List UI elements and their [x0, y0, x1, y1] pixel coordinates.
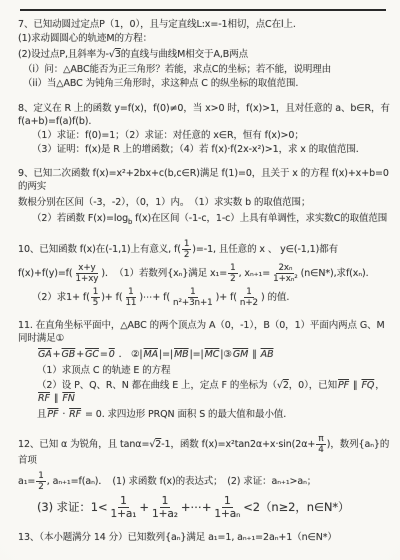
problem-7-line-3: (2)设过点P,且斜率为-√3的直线与曲线M相交于A,B两点 [18, 49, 392, 62]
problem-8: 8、定义在 R 上的函数 y=f(x)，f(0)≠0，当 x>0 时，f(x)>… [18, 103, 392, 156]
problem-10-line-2: f(x)+f(y)=f(x+y1+xy)． （1）若数列{xₙ}满足 x₁=12… [18, 263, 392, 284]
problem-12-line-2: a₁=12, aₙ₊₁=f(aₙ)． (1) 求函数 f(x)的表达式； (2)… [18, 471, 392, 492]
worksheet-page: 7、已知动圆过定点P（1，0），且与定直线L:x=-1相切，点C在l上. (1)… [0, 0, 400, 560]
problem-13: 13、（本小题满分 14 分）已知数列{aₙ}满足 a₁=1, aₙ₊₁=2aₙ… [18, 532, 392, 545]
problem-8-line-1: 8、定义在 R 上的函数 y=f(x)，f(0)≠0，当 x>0 时，f(x)>… [18, 103, 392, 129]
top-rule [20, 9, 386, 11]
problem-10-line-3: （2）求1+ f(15)+ f(111)⋯+ f(1n²+3n+1)+ f(1n… [18, 287, 392, 308]
problem-12-line-3: (3) 求证：1<11+a₁+11+a₂+⋯+11+aₙ<2（n≥2，n∈N*） [18, 495, 392, 520]
problem-8-line-2: （1）求证：f(0)=1；（2）求证：对任意的 x∈R，恒有 f(x)>0； [18, 130, 392, 143]
problem-12-line-1: 12、已知 α 为锐角，且 tanα=√2-1，函数 f(x)=x²tan2α+… [18, 434, 392, 468]
problem-9-line-1: 9、已知二次函数 f(x)=x²+2bx+c(b,c∈R)满足 f(1)=0，且… [18, 168, 392, 194]
problem-7-line-1: 7、已知动圆过定点P（1，0），且与定直线L:x=-1相切，点C在l上. [18, 19, 392, 32]
problem-10: 10、已知函数 f(x)在(-1,1)上有意义, f(12)=-1, 且任意的 … [18, 239, 392, 308]
problem-9-line-3: （2）若函数 F(x)=logb f(x)在区间（-1-c，1-c）上具有单调性… [18, 213, 392, 227]
problem-11-line-2: GA+GB+GC=0 ． ②|MA|=|MB|=|MC|③GM ∥ AB [18, 349, 392, 362]
problem-11-line-4: （2）设 P、Q、R、N 都在曲线 E 上，定点 F 的坐标为（√2，0），已知… [18, 380, 392, 406]
problem-9: 9、已知二次函数 f(x)=x²+2bx+c(b,c∈R)满足 f(1)=0，且… [18, 168, 392, 227]
problem-7-line-5: （ii）当△ABC 为钝角三角形时，求这种点 C 的纵坐标的取值范围. [18, 78, 392, 91]
problem-7-line-2: (1)求动圆圆心的轨迹M的方程： [18, 33, 392, 46]
problem-7: 7、已知动圆过定点P（1，0），且与定直线L:x=-1相切，点C在l上. (1)… [18, 19, 392, 91]
problem-11-line-5: 且PF · RF = 0. 求四边形 PRQN 面积 S 的最大值和最小值. [18, 409, 392, 422]
problem-11-line-3: （1）求顶点 C 的轨迹 E 的方程 [18, 365, 392, 378]
problem-13-line-1: 13、（本小题满分 14 分）已知数列{aₙ}满足 a₁=1, aₙ₊₁=2aₙ… [18, 532, 392, 545]
problem-12: 12、已知 α 为锐角，且 tanα=√2-1，函数 f(x)=x²tan2α+… [18, 434, 392, 520]
problem-9-line-2: 数根分别在区间（-3，-2），（0，1）内。 （1）求实数 b 的取值范围； [18, 197, 392, 210]
problem-11-line-1: 11. 在直角坐标平面中，△ABC 的两个顶点为 A（0，-1），B（0，1）平… [18, 320, 392, 346]
problem-10-line-1: 10、已知函数 f(x)在(-1,1)上有意义, f(12)=-1, 且任意的 … [18, 239, 392, 260]
problem-7-line-4: （i）问：△ABC能否为正三角形？若能，求点C的坐标；若不能，说明理由 [18, 64, 392, 77]
problem-11: 11. 在直角坐标平面中，△ABC 的两个顶点为 A（0，-1），B（0，1）平… [18, 320, 392, 422]
problem-8-line-3: （3）证明：f(x)是 R 上的增函数；（4）若 f(x)·f(2x-x²)>1… [18, 144, 392, 157]
